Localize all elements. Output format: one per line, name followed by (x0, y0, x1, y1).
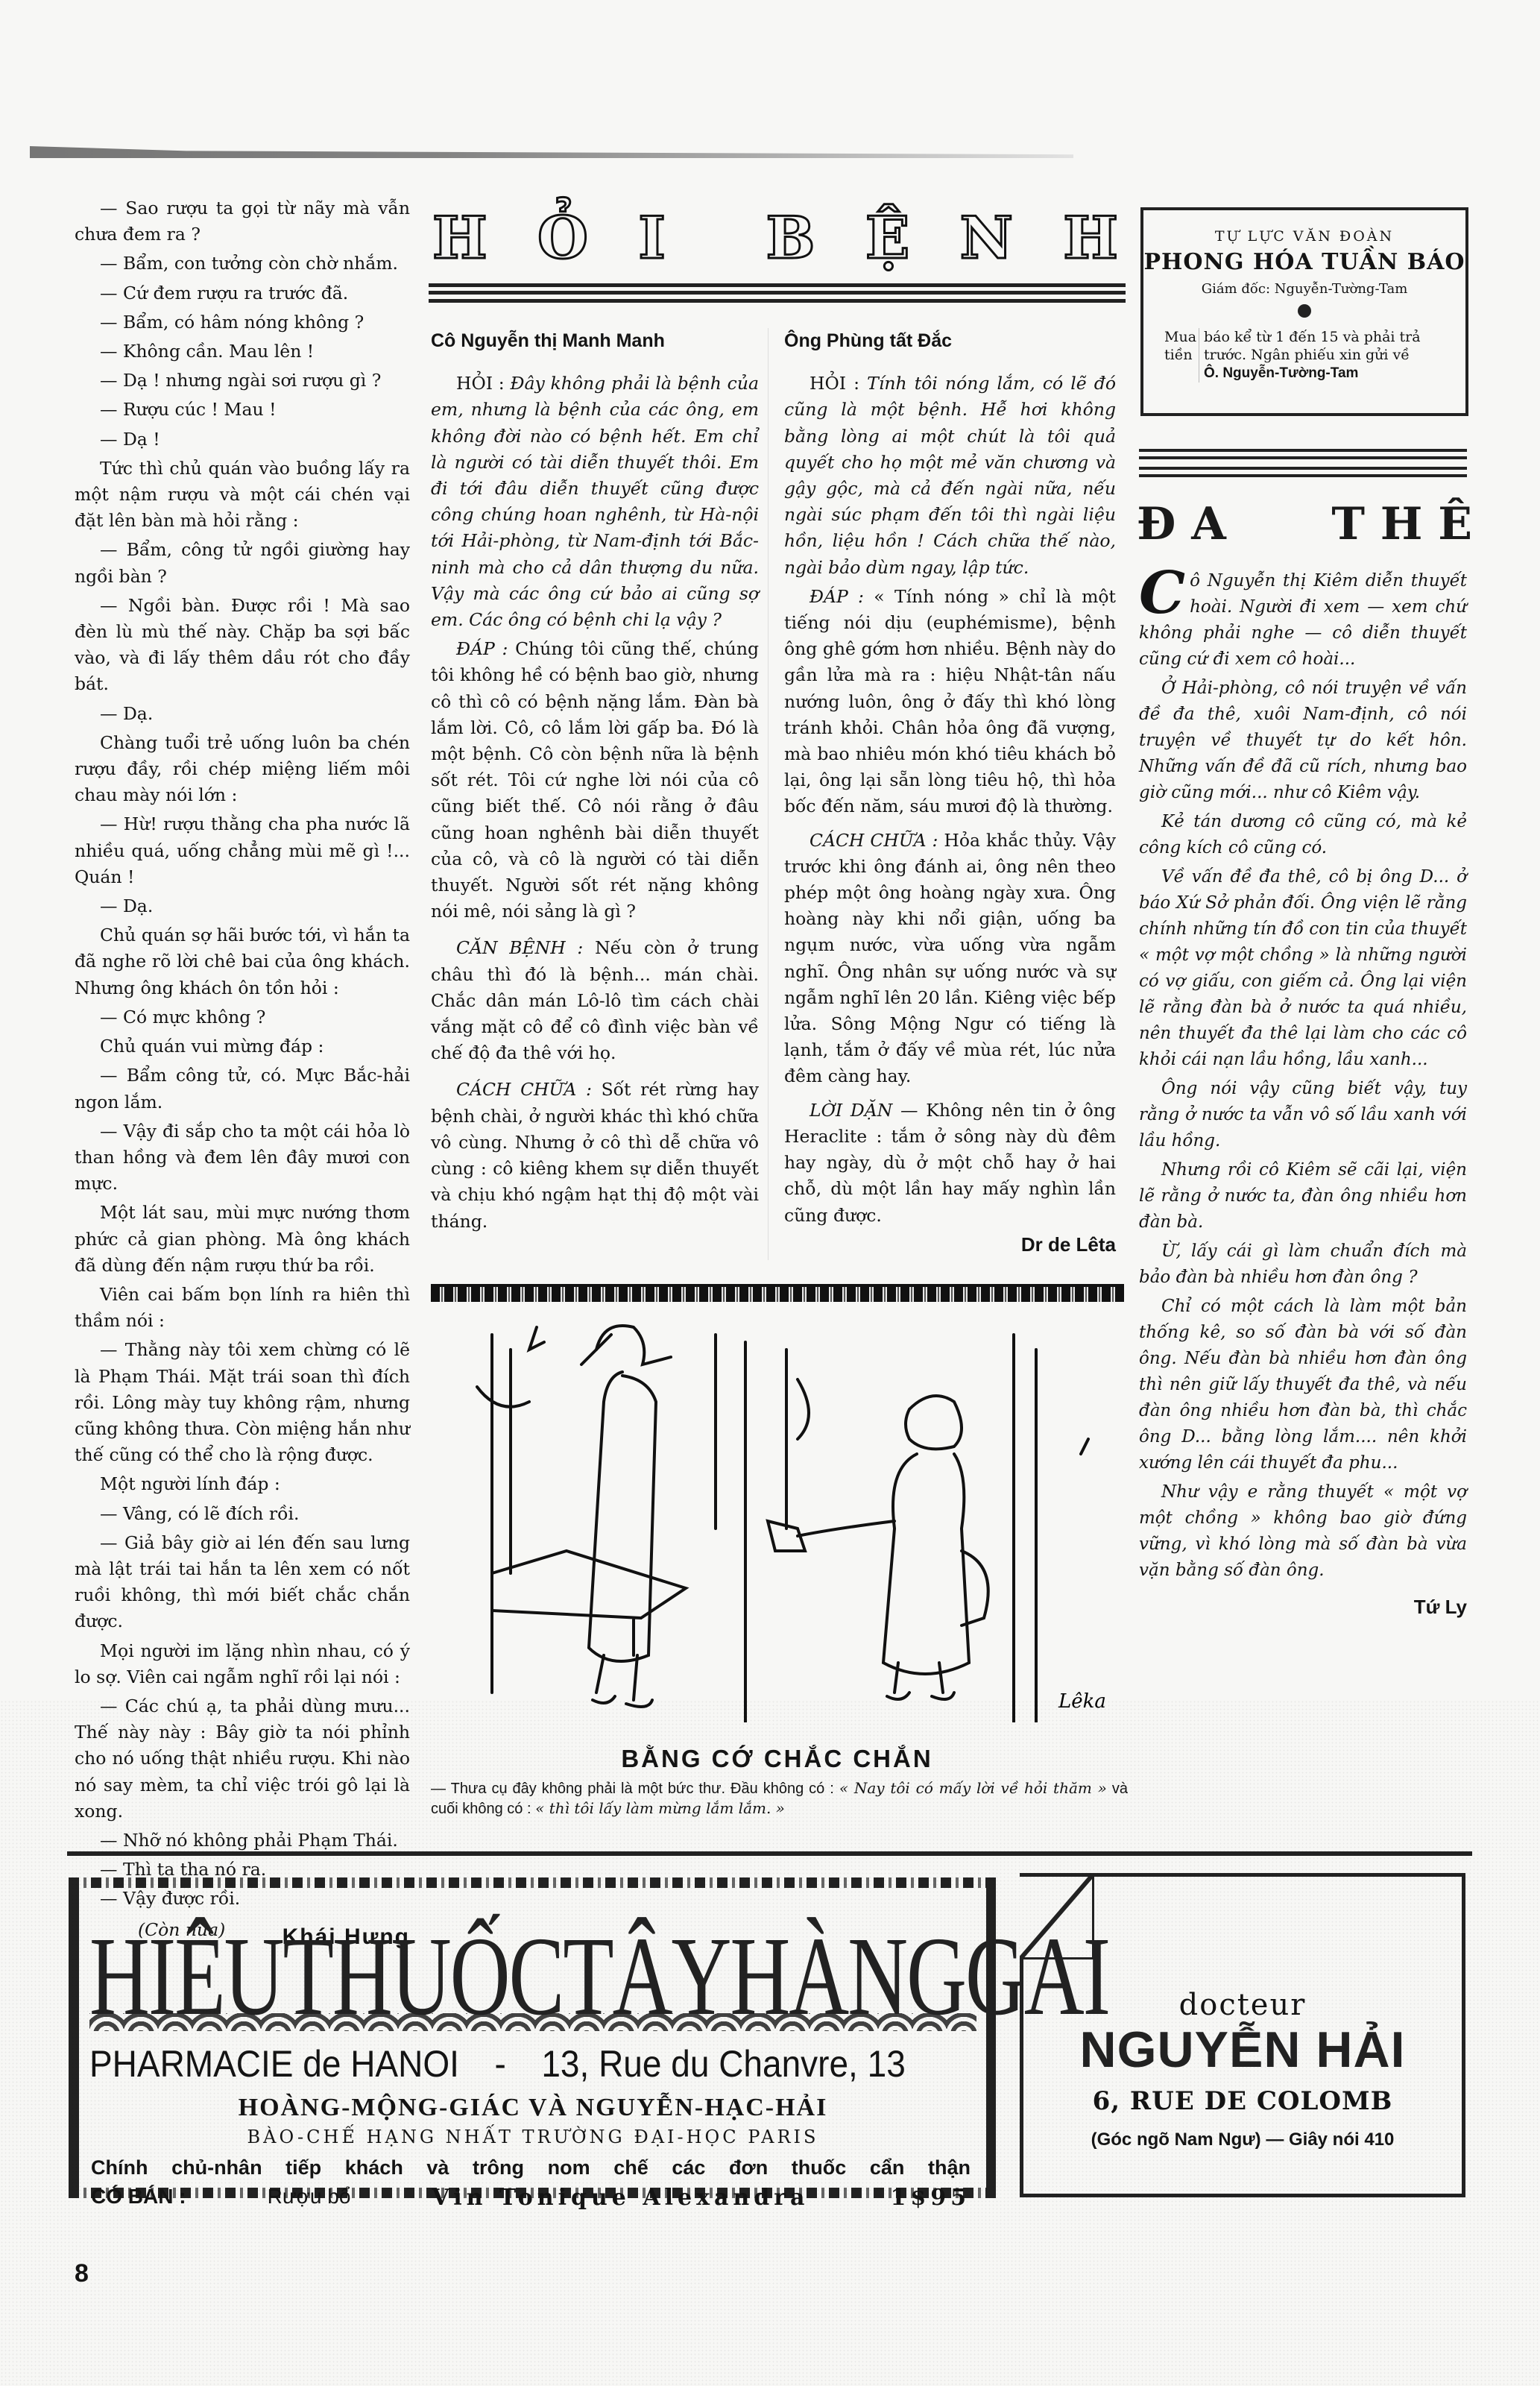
title-letter: Ệ (865, 209, 909, 268)
story-paragraph: — Sao rượu ta gọi từ nãy mà vẫn chưa đem… (75, 195, 410, 248)
separator: - (494, 2042, 505, 2086)
doctor-name: NGUYỄN HẢI (1020, 2021, 1465, 2079)
sub-line: trước. Ngân phiếu xin gửi về (1204, 346, 1421, 364)
pharmacy-address: 13, Rue du Chanvre, 13 (541, 2042, 905, 2086)
cure-label: CÁCH CHỮA : (456, 1079, 592, 1100)
advice-label: LỜI DẶN — (810, 1100, 918, 1121)
story-paragraph: Chàng tuổi trẻ uống luôn ba chén rượu đầ… (75, 730, 410, 809)
sale-product: Vin Tonique Alexandra (432, 2185, 810, 2211)
question-label: HỎI : (456, 373, 505, 394)
title-letter: B (766, 209, 815, 268)
article-paragraph: Chỉ có một cách là làm một bản thống kê,… (1139, 1294, 1467, 1476)
title-letter: Ê (1438, 498, 1472, 550)
question-text: Tính tôi nóng lắm, có lẽ đó cũng là một … (784, 373, 1116, 577)
cause-paragraph: CĂN BỆNH : Nếu còn ở trung châu thì đó l… (431, 935, 759, 1066)
article-paragraph: Ừ, lấy cái gì làm chuẩn đích mà bảo đàn … (1139, 1238, 1467, 1291)
hoi-benh-title: H Ỏ I B Ệ N H (432, 209, 1118, 268)
reader-name: Cô Nguyễn thị Manh Manh (431, 328, 759, 354)
organization-name: TỰ LỰC VĂN ĐOÀN (1143, 228, 1465, 245)
pharmacy-address-line: PHARMACIE de HANOI - 13, Rue du Chanvre,… (89, 2042, 906, 2086)
da-the-title: Đ A T H Ê (1137, 498, 1472, 550)
sale-item: Rượu bổ (268, 2185, 351, 2211)
cartoon-title: BẰNG CỚ CHẮC CHẮN (429, 1745, 1126, 1773)
story-paragraph: — Bẩm, có hâm nóng không ? (75, 309, 410, 336)
story-paragraph: — Dạ. (75, 701, 410, 727)
sub-recipient: Ô. Nguyễn-Tường-Tam (1204, 365, 1358, 381)
pharmacy-name: PHARMACIE de HANOI (89, 2042, 459, 2086)
pharmacy-sale-line: CÓ BÁN : Rượu bổ Vin Tonique Alexandra 1… (91, 2185, 971, 2211)
doctor-address: 6, RUE DE COLOMB (1020, 2086, 1465, 2116)
story-paragraph: — Vậy đi sắp cho ta một cái hỏa lò than … (75, 1118, 410, 1197)
story-paragraph: Một người lính đáp : (75, 1471, 410, 1497)
article-paragraph: Về vấn đề đa thê, cô bị ông D... ở báo X… (1139, 864, 1467, 1073)
title-letter: N (960, 209, 1013, 268)
page-number: 8 (75, 2259, 89, 2288)
story-paragraph: — Dạ ! (75, 426, 410, 453)
cartoon-signature: Lêka (1058, 1690, 1106, 1713)
sale-label: CÓ BÁN : (91, 2185, 186, 2211)
title-letter: Đ (1137, 498, 1175, 550)
story-paragraph: — Ngồi bàn. Được rồi ! Mà sao đèn lù mù … (75, 593, 410, 698)
title-letter: A (1191, 498, 1226, 550)
cause-label: CĂN BỆNH : (456, 937, 583, 958)
story-paragraph: — Hừ! rượu thằng cha pha nước lã nhiều q… (75, 811, 410, 890)
subscription-note: Muatiền báo kể từ 1 đến 15 và phải trảtr… (1164, 328, 1452, 383)
section-rule (1139, 467, 1467, 477)
advice-paragraph: LỜI DẶN — Không nên tin ở ông Heraclite … (784, 1098, 1116, 1229)
story-paragraph: Một lát sau, mùi mực nướng thơm phức cả … (75, 1200, 410, 1279)
decorative-border (431, 1284, 1124, 1302)
sub-word: tiền (1164, 346, 1196, 364)
caption-quote: « Nay tôi có mấy lời về hỏi thăm » (839, 1779, 1107, 1797)
paragraph-text: ô Nguyễn thị Kiêm diễn thuyết hoài. Ngườ… (1139, 571, 1467, 669)
cure-label: CÁCH CHỮA : (810, 830, 938, 851)
sub-line: báo kể từ 1 đến 15 và phải trả (1204, 328, 1421, 346)
caption-quote: « thì tôi lấy làm mừng lắm lắm. » (535, 1799, 785, 1817)
article-paragraph: Ông nói vậy cũng biết vậy, tuy rằng ở nư… (1139, 1076, 1467, 1154)
cure-text: Hỏa khắc thủy. Vậy trước khi ông đánh ai… (784, 830, 1116, 1087)
answer-paragraph: ĐÁP : Chúng tôi cũng thế, chúng tôi khôn… (431, 636, 759, 925)
section-rule (1139, 449, 1467, 459)
newspaper-name: PHONG HÓA TUẦN BÁO (1143, 249, 1465, 275)
sale-price: 1$95 (891, 2185, 971, 2211)
doctor-title: docteur (1020, 1988, 1465, 2022)
story-paragraph: — Thằng này tôi xem chừng có lẽ là Phạm … (75, 1337, 410, 1468)
masthead-box: TỰ LỰC VĂN ĐOÀN PHONG HÓA TUẦN BÁO Giám … (1140, 207, 1468, 416)
cure-text: Sốt rét rừng hay bệnh chài, ở người khác… (431, 1079, 759, 1231)
drop-cap: C (1139, 570, 1185, 617)
article-author: Tứ Ly (1139, 1594, 1467, 1620)
director-line: Giám đốc: Nguyễn-Tường-Tam (1143, 281, 1465, 297)
title-letter: H (432, 209, 487, 268)
folded-corner-icon (1020, 1873, 1094, 1960)
pharmacy-service: Chính chủ-nhân tiếp khách và trông nom c… (91, 2156, 971, 2179)
answer-label: ĐÁP : (810, 586, 864, 607)
cure-paragraph: CÁCH CHỮA : Sốt rét rừng hay bệnh chài, … (431, 1077, 759, 1234)
cure-paragraph: CÁCH CHỮA : Hỏa khắc thủy. Vậy trước khi… (784, 828, 1116, 1090)
title-rule (429, 283, 1126, 303)
story-paragraph: — Nhỡ nó không phải Phạm Thái. (75, 1828, 410, 1854)
story-paragraph: — Rượu cúc ! Mau ! (75, 397, 410, 423)
ad-top-rule (67, 1851, 1472, 1856)
title-letter: Ỏ (537, 209, 588, 268)
question-paragraph: HỎI : Tính tôi nóng lắm, có lẽ đó cũng l… (784, 371, 1116, 581)
story-paragraph: — Không cần. Mau lên ! (75, 339, 410, 365)
reader-name: Ông Phùng tất Đắc (784, 328, 1116, 354)
story-paragraph: — Các chú ạ, ta phải dùng mưu... Thế này… (75, 1693, 410, 1825)
sub-word: Mua (1164, 328, 1196, 346)
story-paragraph: Chủ quán sợ hãi bước tới, vì hắn ta đã n… (75, 922, 410, 1001)
question-paragraph: HỎI : Đây không phải là bệnh của em, như… (431, 371, 759, 633)
article-paragraph: Ở Hải-phòng, cô nói truyện về vấn đề đa … (1139, 676, 1467, 806)
article-paragraph: Như vậy e rằng thuyết « một vợ một chồng… (1139, 1479, 1467, 1584)
story-paragraph: — Bẩm, con tưởng còn chờ nhắm. (75, 251, 410, 277)
story-paragraph: — Dạ. (75, 893, 410, 919)
scan-edge-strip (30, 146, 1073, 158)
question-text: Đây không phải là bệnh của em, nhưng là … (431, 373, 759, 630)
pharmacy-credential: BÀO-CHẾ HẠNG NHẤT TRƯỜNG ĐẠI-HỌC PARIS (89, 2127, 976, 2147)
title-gap (1242, 498, 1316, 550)
ornament-icon (1298, 304, 1311, 318)
column-divider (768, 328, 769, 1260)
article-paragraph: Nhưng rồi cô Kiêm sẽ cãi lại, viện lẽ rằ… (1139, 1157, 1467, 1236)
hoi-benh-left-column: Cô Nguyễn thị Manh Manh HỎI : Đây không … (431, 371, 759, 1238)
column-author: Dr de Lêta (784, 1232, 1116, 1258)
answer-label: ĐÁP : (456, 638, 508, 659)
story-paragraph: — Dạ ! nhưng ngài sơi rượu gì ? (75, 368, 410, 394)
title-letter: H (1063, 209, 1118, 268)
article-paragraph: Cô Nguyễn thị Kiêm diễn thuyết hoài. Ngư… (1139, 568, 1467, 673)
story-paragraph: — Có mực không ? (75, 1004, 410, 1030)
story-paragraph: — Vâng, có lẽ đích rồi. (75, 1501, 410, 1527)
da-the-column: Cô Nguyễn thị Kiêm diễn thuyết hoài. Ngư… (1139, 568, 1467, 1620)
caption-text: — Thưa cụ đây không phải là một bức thư.… (431, 1781, 839, 1797)
serial-story-column: — Sao rượu ta gọi từ nãy mà vẫn chưa đem… (75, 195, 410, 1950)
story-paragraph: Viên cai bấm bọn lính ra hiên thì thầm n… (75, 1282, 410, 1334)
cartoon-illustration: Lêka (447, 1305, 1118, 1722)
cartoon-caption: — Thưa cụ đây không phải là một bức thư.… (431, 1778, 1128, 1819)
doctor-phone: (Góc ngõ Nam Ngư) — Giây nói 410 (1020, 2130, 1465, 2150)
title-letter: I (638, 209, 666, 268)
wavy-ornament (89, 2013, 976, 2031)
story-paragraph: Tức thì chủ quán vào buồng lấy ra một nậ… (75, 456, 410, 535)
hoi-benh-right-column: Ông Phùng tất Đắc HỎI : Tính tôi nóng lắ… (784, 371, 1116, 1258)
story-paragraph: Chủ quán vui mừng đáp : (75, 1033, 410, 1060)
story-paragraph: — Giả bây giờ ai lén đến sau lưng mà lật… (75, 1530, 410, 1635)
answer-text: Chúng tôi cũng thế, chúng tôi không hề c… (431, 638, 759, 922)
story-paragraph: — Cứ đem rượu ra trước đã. (75, 280, 410, 306)
question-label: HỎI : (810, 373, 859, 394)
article-paragraph: Kẻ tán dương cô cũng có, mà kẻ công kích… (1139, 809, 1467, 861)
answer-text: « Tính nóng » chỉ là một tiếng nói dịu (… (784, 586, 1116, 817)
story-paragraph: Mọi người im lặng nhìn nhau, có ý lo sợ.… (75, 1638, 410, 1690)
title-letter: T (1331, 498, 1365, 550)
story-paragraph: — Bẩm, công tử ngồi giường hay ngồi bàn … (75, 537, 410, 589)
answer-paragraph: ĐÁP : « Tính nóng » chỉ là một tiếng nói… (784, 584, 1116, 820)
pharmacy-owners: HOÀNG-MỘNG-GIÁC VÀ NGUYỄN-HẠC-HẢI (89, 2094, 976, 2122)
title-letter: H (1380, 498, 1423, 550)
story-paragraph: — Bẩm công tử, có. Mực Bắc-hải ngon lắm. (75, 1063, 410, 1115)
